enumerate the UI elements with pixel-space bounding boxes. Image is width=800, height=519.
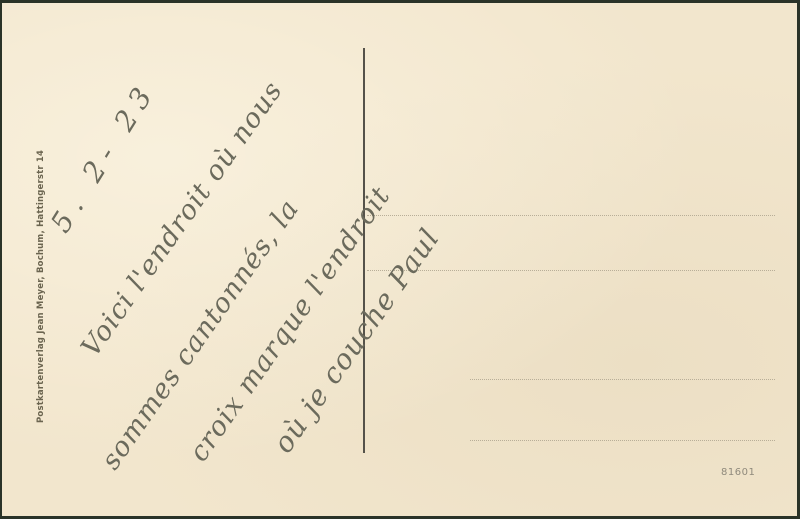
serial-number: 81601 bbox=[721, 467, 755, 478]
message-address-divider bbox=[363, 48, 365, 453]
address-line-4 bbox=[470, 440, 775, 441]
address-line-1 bbox=[367, 215, 775, 216]
handwritten-date: 5. 2- 23 bbox=[44, 75, 163, 238]
address-line-2 bbox=[367, 270, 775, 271]
publisher-imprint: Postkartenverlag Jean Meyer, Bochum, Hat… bbox=[36, 150, 46, 423]
address-line-3 bbox=[470, 379, 775, 380]
postcard-back: Postkartenverlag Jean Meyer, Bochum, Hat… bbox=[2, 3, 797, 516]
